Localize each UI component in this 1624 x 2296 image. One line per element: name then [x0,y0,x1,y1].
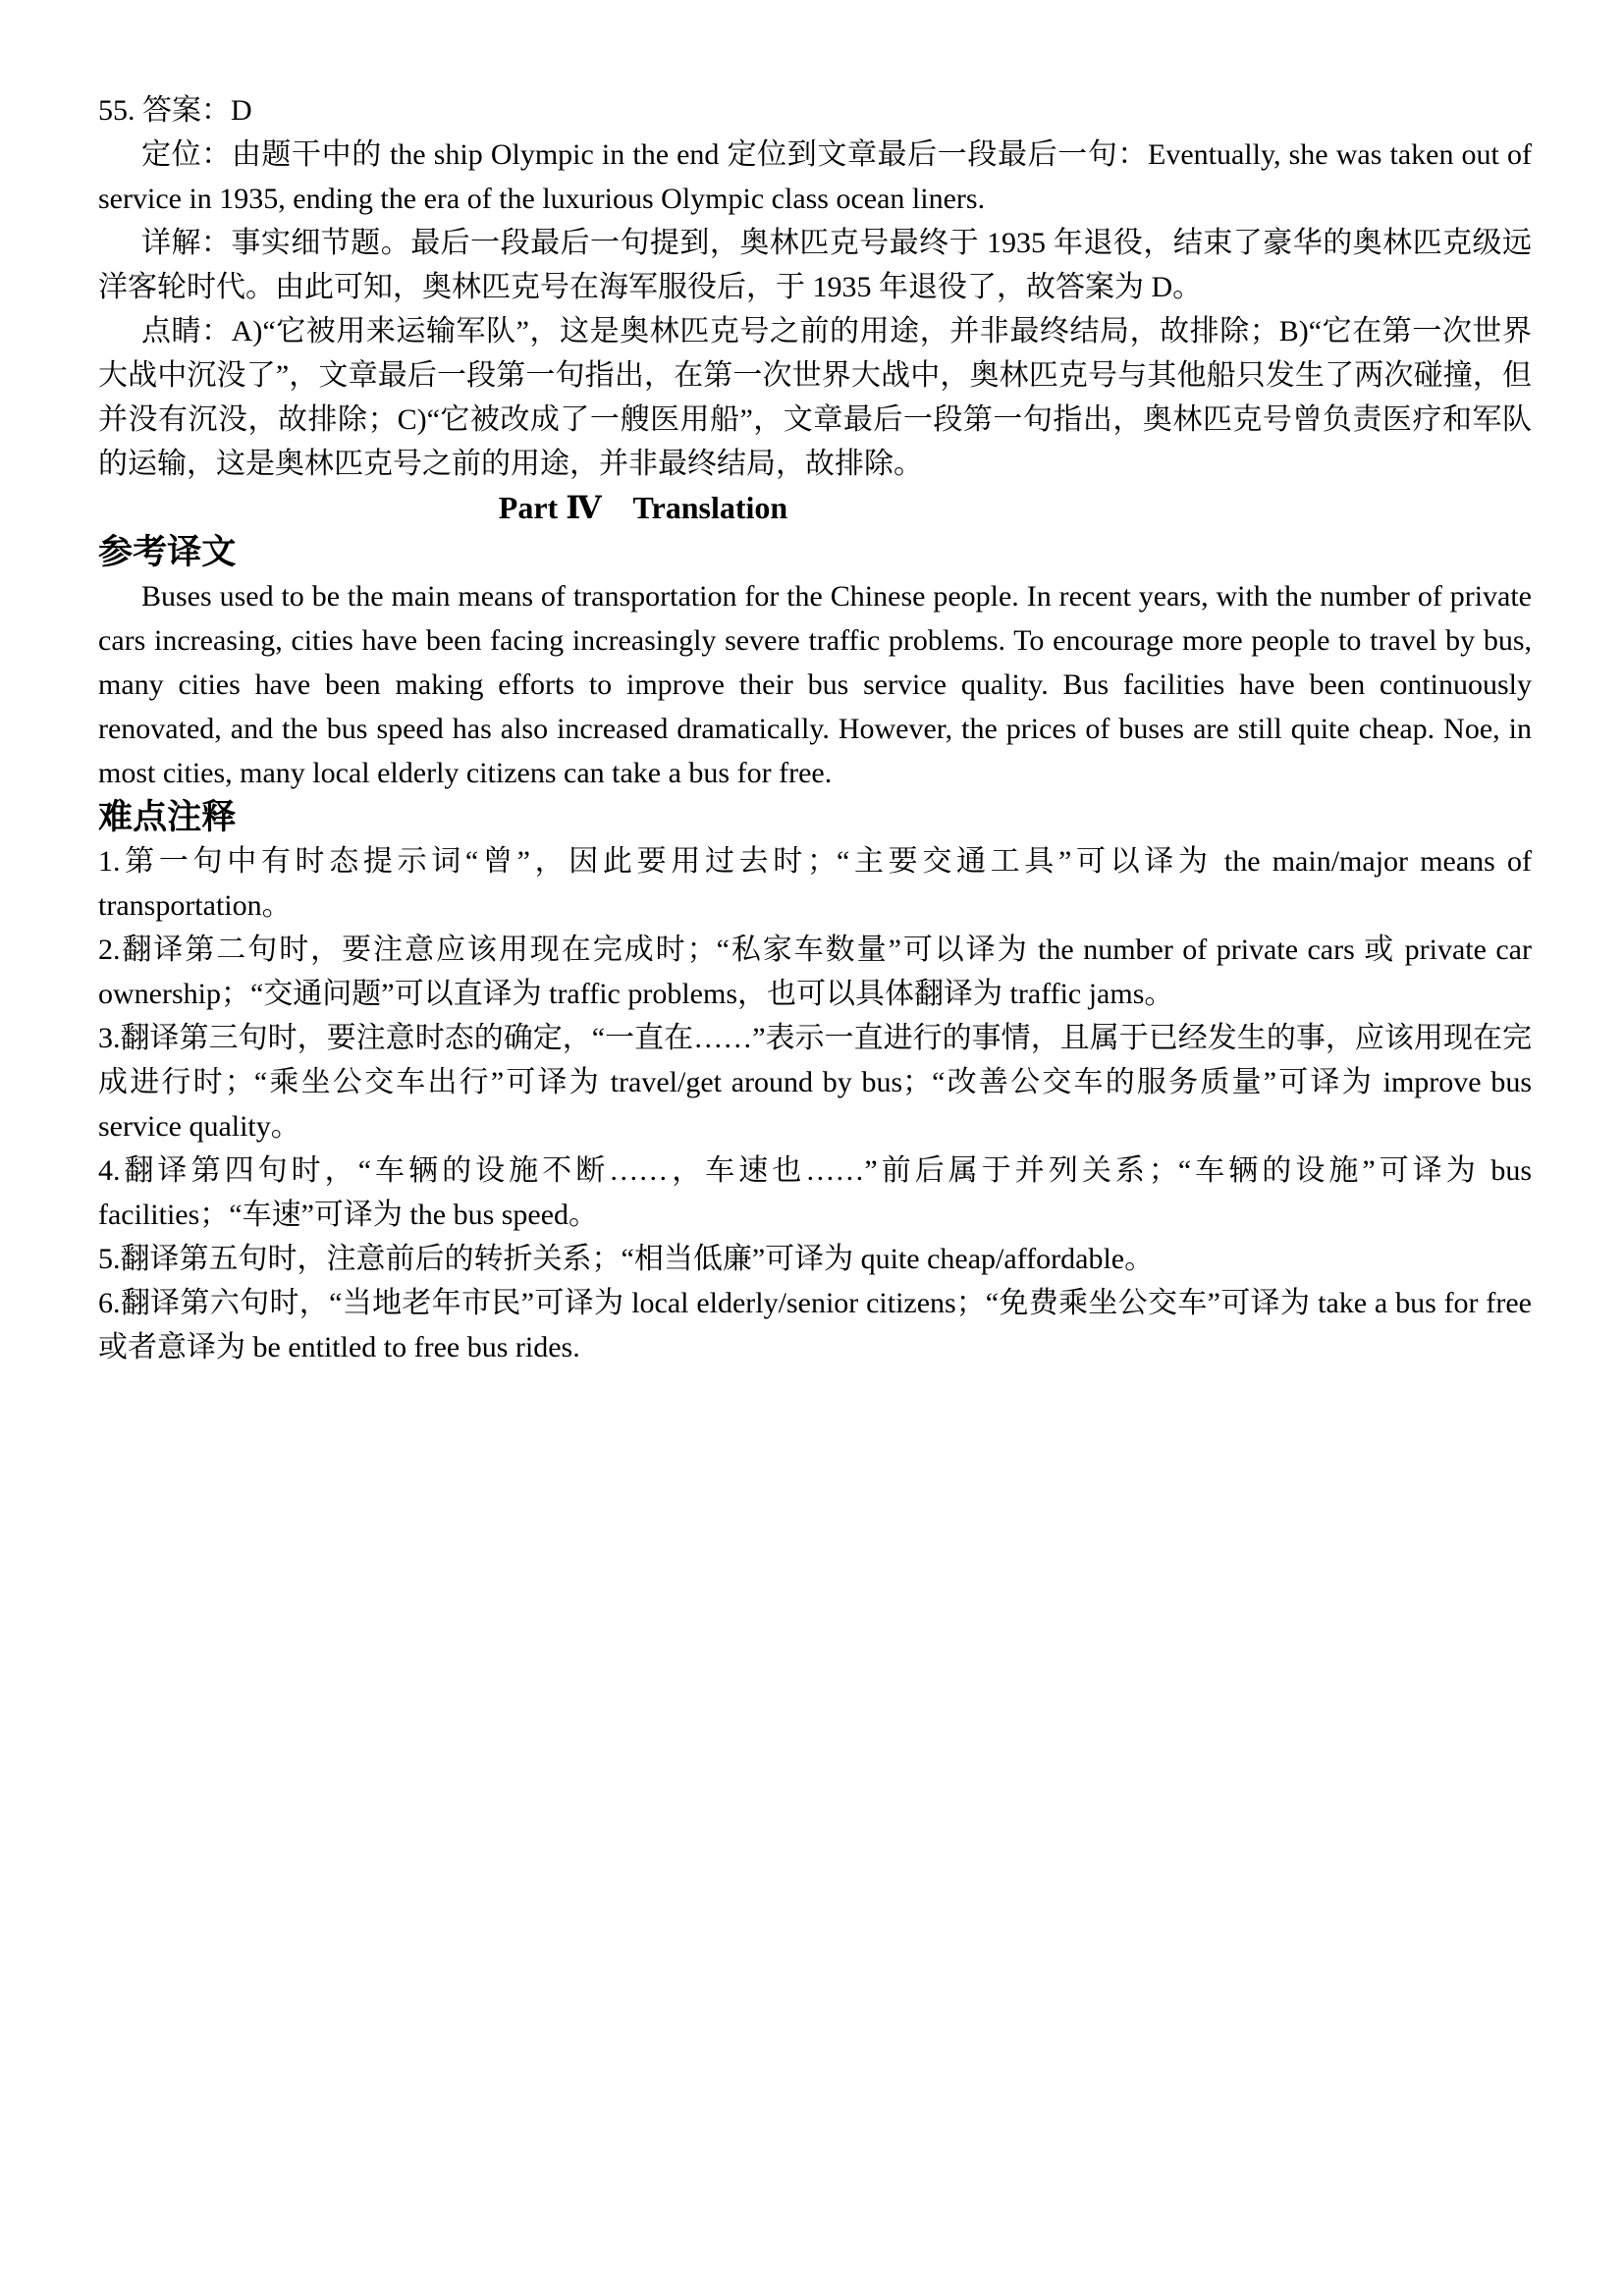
reference-translation-paragraph: Buses used to be the main means of trans… [98,574,1532,795]
question-55-answer-line: 55. 答案：D [98,88,1532,133]
question-55-detail-paragraph: 详解：事实细节题。最后一段最后一句提到，奥林匹克号最终于 1935 年退役，结束… [98,221,1532,309]
translation-note-1: 1.第一句中有时态提示词“曾”，因此要用过去时；“主要交通工具”可以译为 the… [98,839,1532,928]
reference-translation-heading: 参考译文 [98,530,1532,574]
part4-translation-heading: Part Ⅳ Translation [98,486,1532,530]
translation-note-6: 6.翻译第六句时，“当地老年市民”可译为 local elderly/senio… [98,1281,1532,1369]
question-55-locate-paragraph: 定位：由题干中的 the ship Olympic in the end 定位到… [98,133,1532,221]
question-55-tips-paragraph: 点睛：A)“它被用来运输军队”，这是奥林匹克号之前的用途，并非最终结局，故排除；… [98,309,1532,486]
difficult-points-heading: 难点注释 [98,795,1532,839]
translation-note-3: 3.翻译第三句时，要注意时态的确定，“一直在……”表示一直进行的事情，且属于已经… [98,1016,1532,1148]
translation-note-2: 2.翻译第二句时，要注意应该用现在完成时；“私家车数量”可以译为 the num… [98,928,1532,1016]
translation-note-5: 5.翻译第五句时，注意前后的转折关系；“相当低廉”可译为 quite cheap… [98,1237,1532,1281]
translation-note-4: 4.翻译第四句时，“车辆的设施不断……，车速也……”前后属于并列关系；“车辆的设… [98,1148,1532,1237]
document-page: 55. 答案：D 定位：由题干中的 the ship Olympic in th… [0,0,1624,2296]
